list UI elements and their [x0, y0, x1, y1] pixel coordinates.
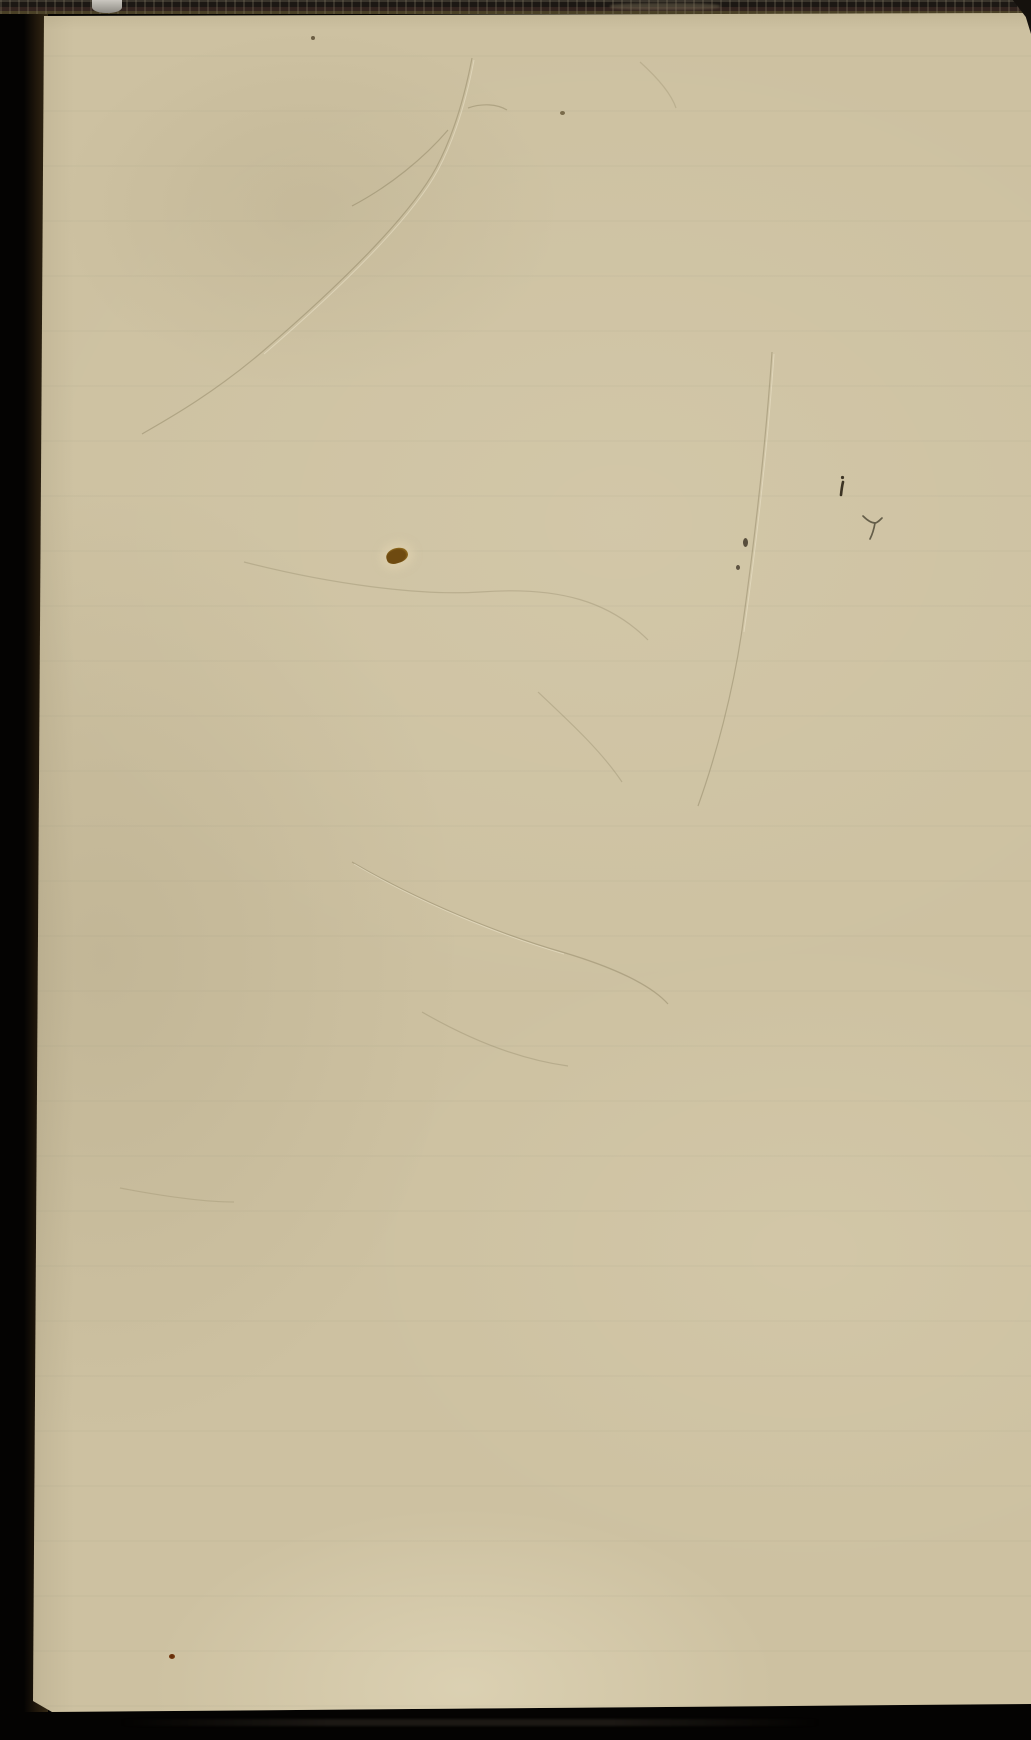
binding-edge-band: [0, 0, 1031, 14]
bottom-streak: [120, 1719, 820, 1726]
ink-mark-i: [838, 475, 846, 497]
blank-page: [0, 0, 1031, 1740]
crease-lines: [0, 0, 1031, 1740]
dust-speck: [560, 111, 565, 115]
dust-speck: [311, 36, 315, 40]
ink-mark-y: [860, 513, 886, 541]
book-scan: [0, 0, 1031, 1740]
red-speck: [169, 1654, 175, 1659]
binding-band-patch: [610, 3, 720, 10]
paper-sliver: [92, 0, 122, 13]
ink-speck: [736, 565, 740, 570]
ink-speck: [743, 538, 748, 547]
